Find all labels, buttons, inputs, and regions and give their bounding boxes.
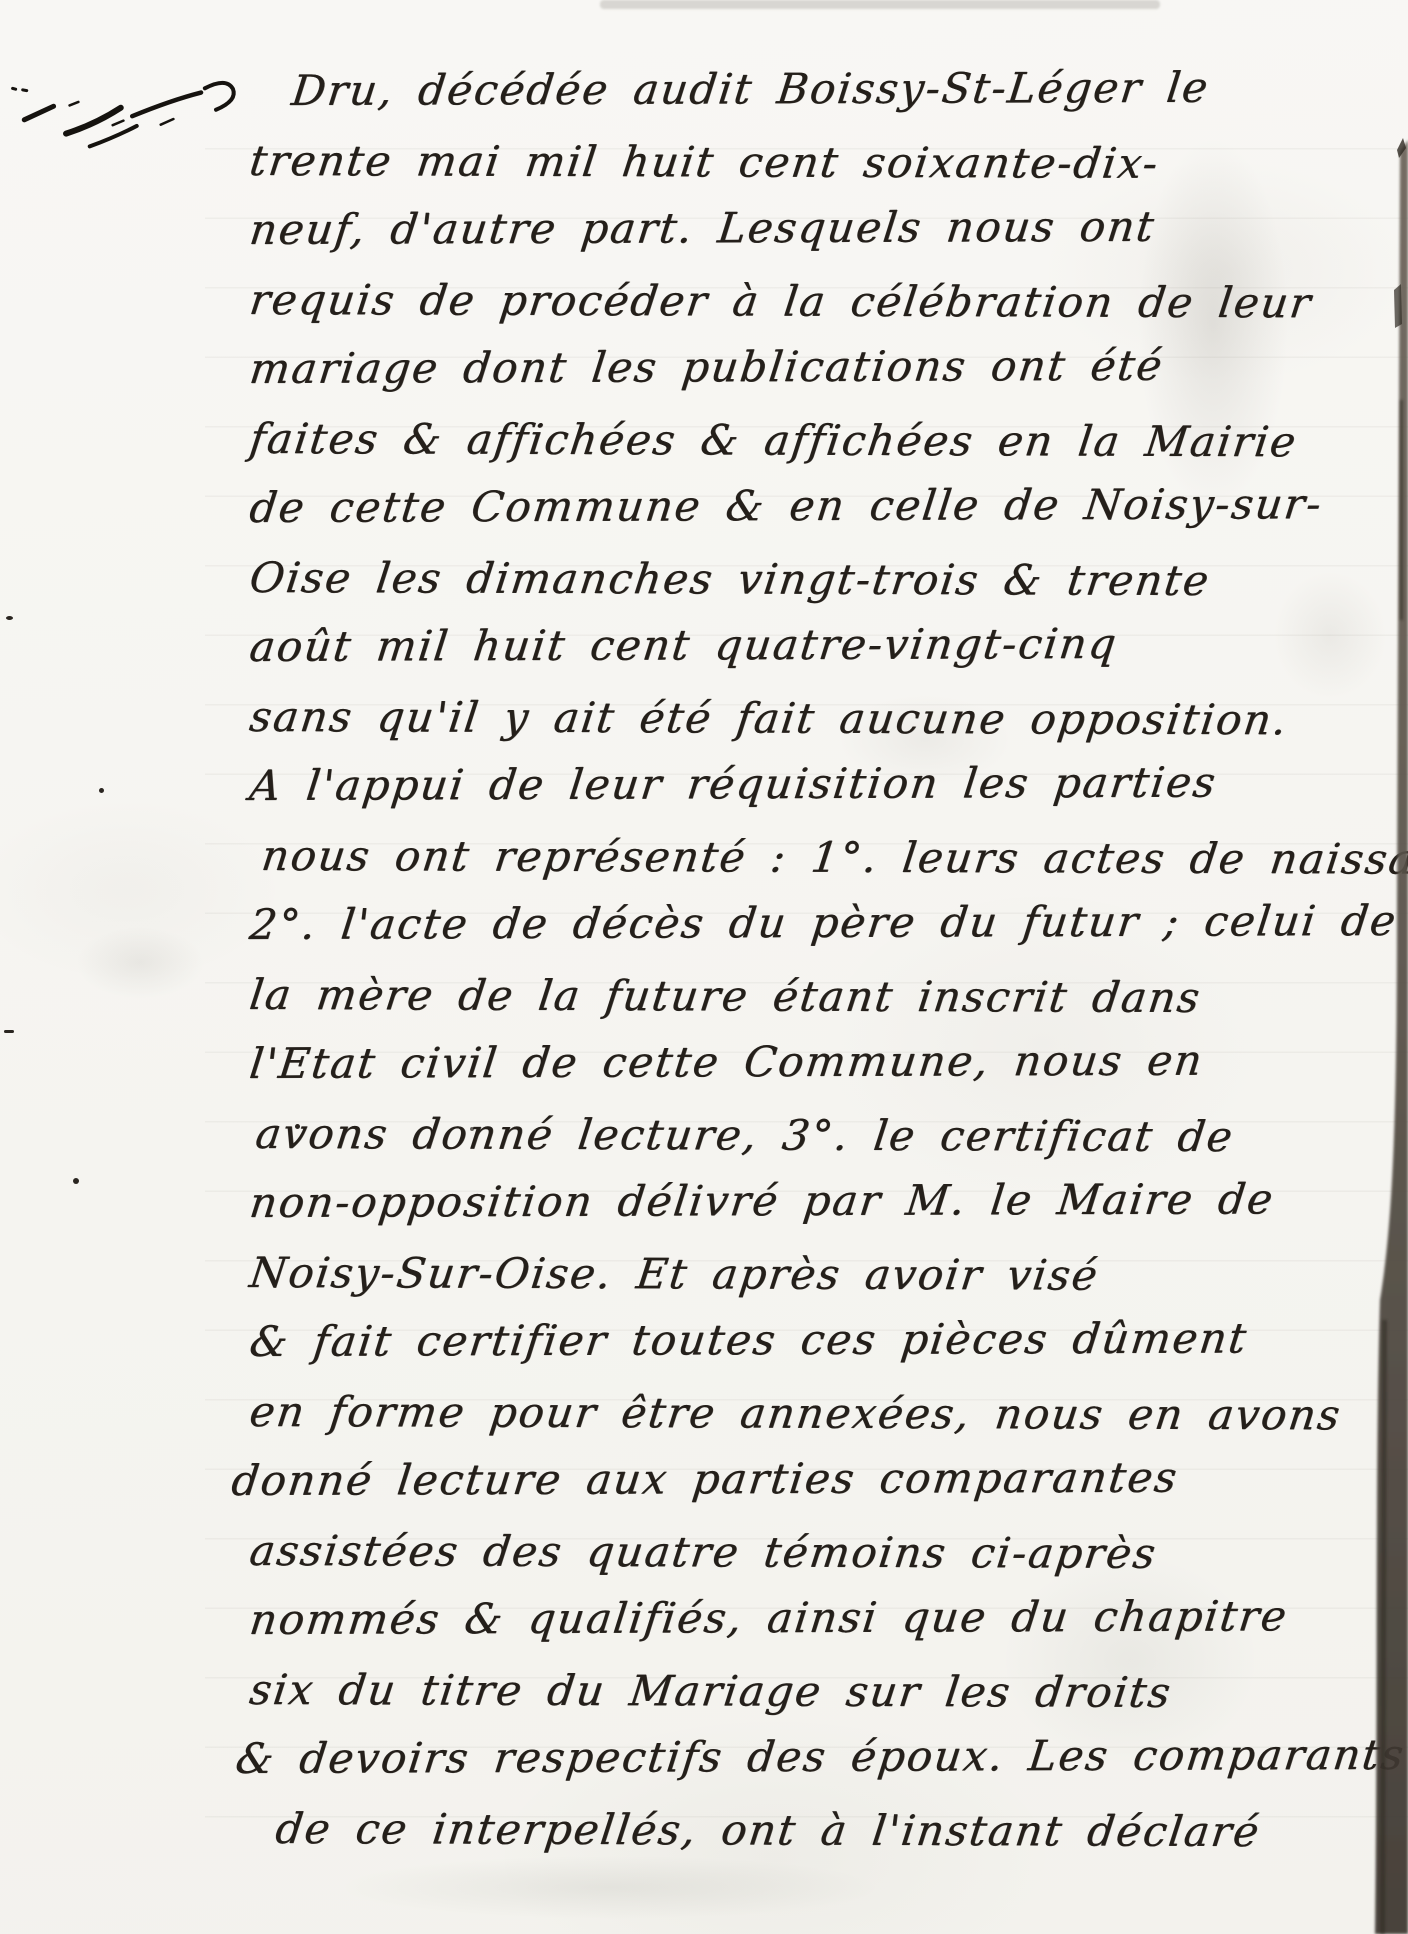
bleedthrough-smudge [55, 915, 225, 1010]
manuscript-line: 2°. l'acte de décès du père du futur ; c… [246, 885, 1408, 959]
manuscript-line: faites & affichées & affichées en la Mai… [246, 404, 1408, 478]
manuscript-line: avons donné lecture, 3°. le certificat d… [252, 1099, 1408, 1173]
manuscript-line: Noisy-Sur-Oise. Et après avoir visé [246, 1238, 1408, 1312]
manuscript-line: neuf, d'autre part. Lesquels nous ont [246, 190, 1408, 264]
ink-scribble [7, 46, 263, 179]
manuscript-line: six du titre du Mariage sur les droits [246, 1655, 1408, 1729]
manuscript-line: l'Etat civil de cette Commune, nous en [246, 1024, 1408, 1098]
ink-speck [6, 616, 13, 620]
manuscript-line: assistées des quatre témoins ci-après [246, 1516, 1408, 1590]
manuscript-line: nous ont représenté : 1°. leurs actes de… [258, 821, 1408, 895]
manuscript-line: donné lecture aux parties comparantes [228, 1441, 1408, 1515]
manuscript-line: la mère de la future étant inscrit dans [246, 960, 1408, 1034]
manuscript-line: sans qu'il y ait été fait aucune opposit… [246, 682, 1408, 756]
ink-speck [73, 1178, 79, 1184]
manuscript-line: A l'appui de leur réquisition les partie… [246, 746, 1408, 820]
manuscript-line: Oise les dimanches vingt-trois & trente [246, 543, 1408, 617]
manuscript-line: août mil huit cent quatre-vingt-cinq [246, 607, 1408, 681]
manuscript-line: Dru, décédée audit Boissy-St-Léger le [288, 51, 1408, 125]
manuscript-line: & devoirs respectifs des époux. Les comp… [232, 1719, 1408, 1793]
manuscript-line: non-opposition délivré par M. le Maire d… [246, 1163, 1408, 1237]
manuscript-line: mariage dont les publications ont été [246, 329, 1408, 403]
manuscript-line: requis de procéder à la célébration de l… [246, 265, 1408, 339]
manuscript-line: en forme pour être annexées, nous en avo… [246, 1377, 1408, 1451]
ink-speck [4, 1030, 14, 1033]
manuscript-line: nommés & qualifiés, ainsi que du chapitr… [246, 1580, 1408, 1654]
manuscript-line: trente mai mil huit cent soixante-dix- [246, 126, 1408, 200]
page-binding-edge [1364, 0, 1408, 1934]
manuscript-line: de ce interpellés, ont à l'instant décla… [272, 1794, 1408, 1868]
manuscript-line: de cette Commune & en celle de Noisy-sur… [246, 468, 1408, 542]
document-page: Dru, décédée audit Boissy-St-Léger le tr… [0, 0, 1408, 1934]
manuscript-text: Dru, décédée audit Boissy-St-Léger le tr… [250, 56, 1408, 1863]
top-edge-artifact [600, 0, 1160, 9]
manuscript-line: & fait certifier toutes ces pièces dûmen… [246, 1302, 1408, 1376]
ink-speck [99, 788, 104, 793]
